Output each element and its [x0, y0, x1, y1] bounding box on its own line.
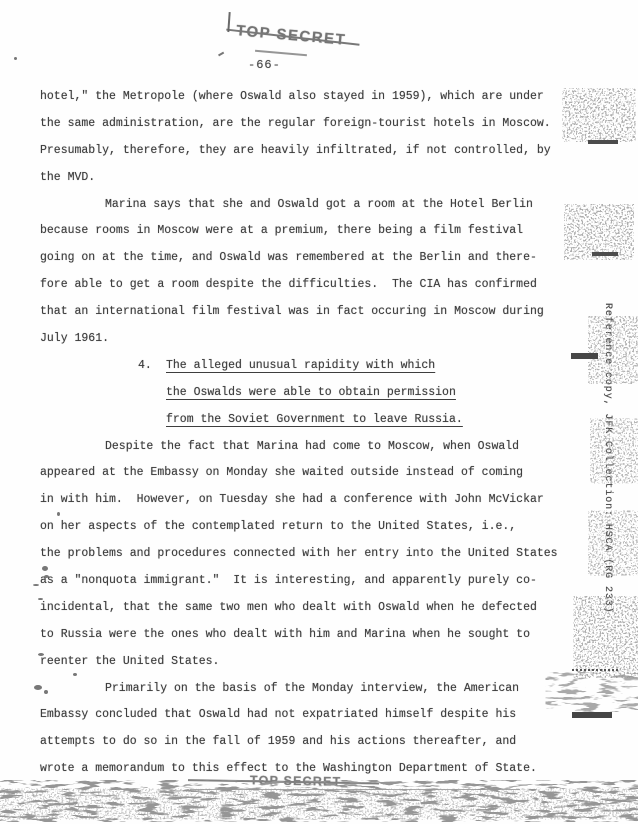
scan-speck [33, 584, 39, 586]
scan-speck [44, 575, 49, 578]
body-text-line: Despite the fact that Marina had come to… [40, 434, 574, 461]
edge-bar-mark [588, 140, 618, 144]
scan-speck [42, 566, 48, 571]
body-text-line: Marina says that she and Oswald got a ro… [40, 192, 574, 219]
section-heading-line: the Oswalds were able to obtain permissi… [40, 380, 574, 407]
bottom-speckle-noise [0, 793, 638, 815]
body-text-line: that an international film festival was … [40, 299, 574, 326]
body-text-line: Presumably, therefore, they are heavily … [40, 138, 574, 165]
page-number: -66- [248, 58, 328, 72]
body-text-line: attempts to do so in the fall of 1959 an… [40, 729, 574, 756]
section-heading-line: 4.The alleged unusual rapidity with whic… [40, 353, 574, 380]
document-body: hotel," the Metropole (where Oswald also… [40, 84, 574, 783]
body-text-line: as a "nonquota immigrant." It is interes… [40, 568, 574, 595]
heading-underlined-text: The alleged unusual rapidity with which [166, 359, 435, 372]
section-heading-line: from the Soviet Government to leave Russ… [40, 407, 574, 434]
scan-speck [34, 685, 42, 690]
top-secret-stamp-top: TOP SECRET [235, 22, 346, 49]
scanned-document-page: TOP SECRET -66- hotel," the Metropole (w… [0, 0, 638, 824]
strike-extension-line [190, 789, 520, 790]
body-text-line: July 1961. [40, 326, 574, 353]
body-text-line: appeared at the Embassy on Monday she wa… [40, 460, 574, 487]
body-text-line: incidental, that the same two men who de… [40, 595, 574, 622]
pen-dash-mark [218, 52, 224, 56]
edge-bar-mark [572, 712, 612, 718]
body-text-line: going on at the time, and Oswald was rem… [40, 245, 574, 272]
margin-smudge [574, 212, 624, 252]
body-text-line: because rooms in Moscow were at a premiu… [40, 218, 574, 245]
scan-speck [38, 598, 43, 600]
heading-underlined-text: from the Soviet Government to leave Russ… [166, 413, 463, 426]
scan-speck [14, 57, 17, 60]
edge-bar-mark [592, 252, 618, 256]
body-text-line: the MVD. [40, 165, 574, 192]
body-text-line: reenter the United States. [40, 649, 574, 676]
body-text-line: on her aspects of the contemplated retur… [40, 514, 574, 541]
body-text-line: Embassy concluded that Oswald had not ex… [40, 702, 574, 729]
heading-underlined-text: the Oswalds were able to obtain permissi… [166, 386, 456, 399]
scan-speck [38, 653, 44, 656]
body-text-line: to Russia were the ones who dealt with h… [40, 622, 574, 649]
body-text-line: in with him. However, on Tuesday she had… [40, 487, 574, 514]
scan-speck [73, 673, 77, 676]
bottom-crumple-noise-band [0, 786, 638, 816]
edge-bar-mark [571, 353, 598, 359]
body-text-line: fore able to get a room despite the diff… [40, 272, 574, 299]
stamp-underline-mark [255, 50, 307, 56]
body-text-line: hotel," the Metropole (where Oswald also… [40, 84, 574, 111]
body-text-line: the problems and procedures connected wi… [40, 541, 574, 568]
top-secret-stamp-bottom: TOP SECRET [250, 773, 342, 789]
margin-smudge [573, 96, 625, 134]
scan-speck [44, 690, 48, 694]
heading-number: 4. [138, 353, 152, 380]
body-text-line: Primarily on the basis of the Monday int… [40, 676, 574, 703]
archive-reference-vertical-text: Reference copy, JFK Collection: HSCA (RG… [602, 303, 613, 633]
body-text-line: the same administration, are the regular… [40, 111, 574, 138]
scan-speck [57, 512, 60, 516]
